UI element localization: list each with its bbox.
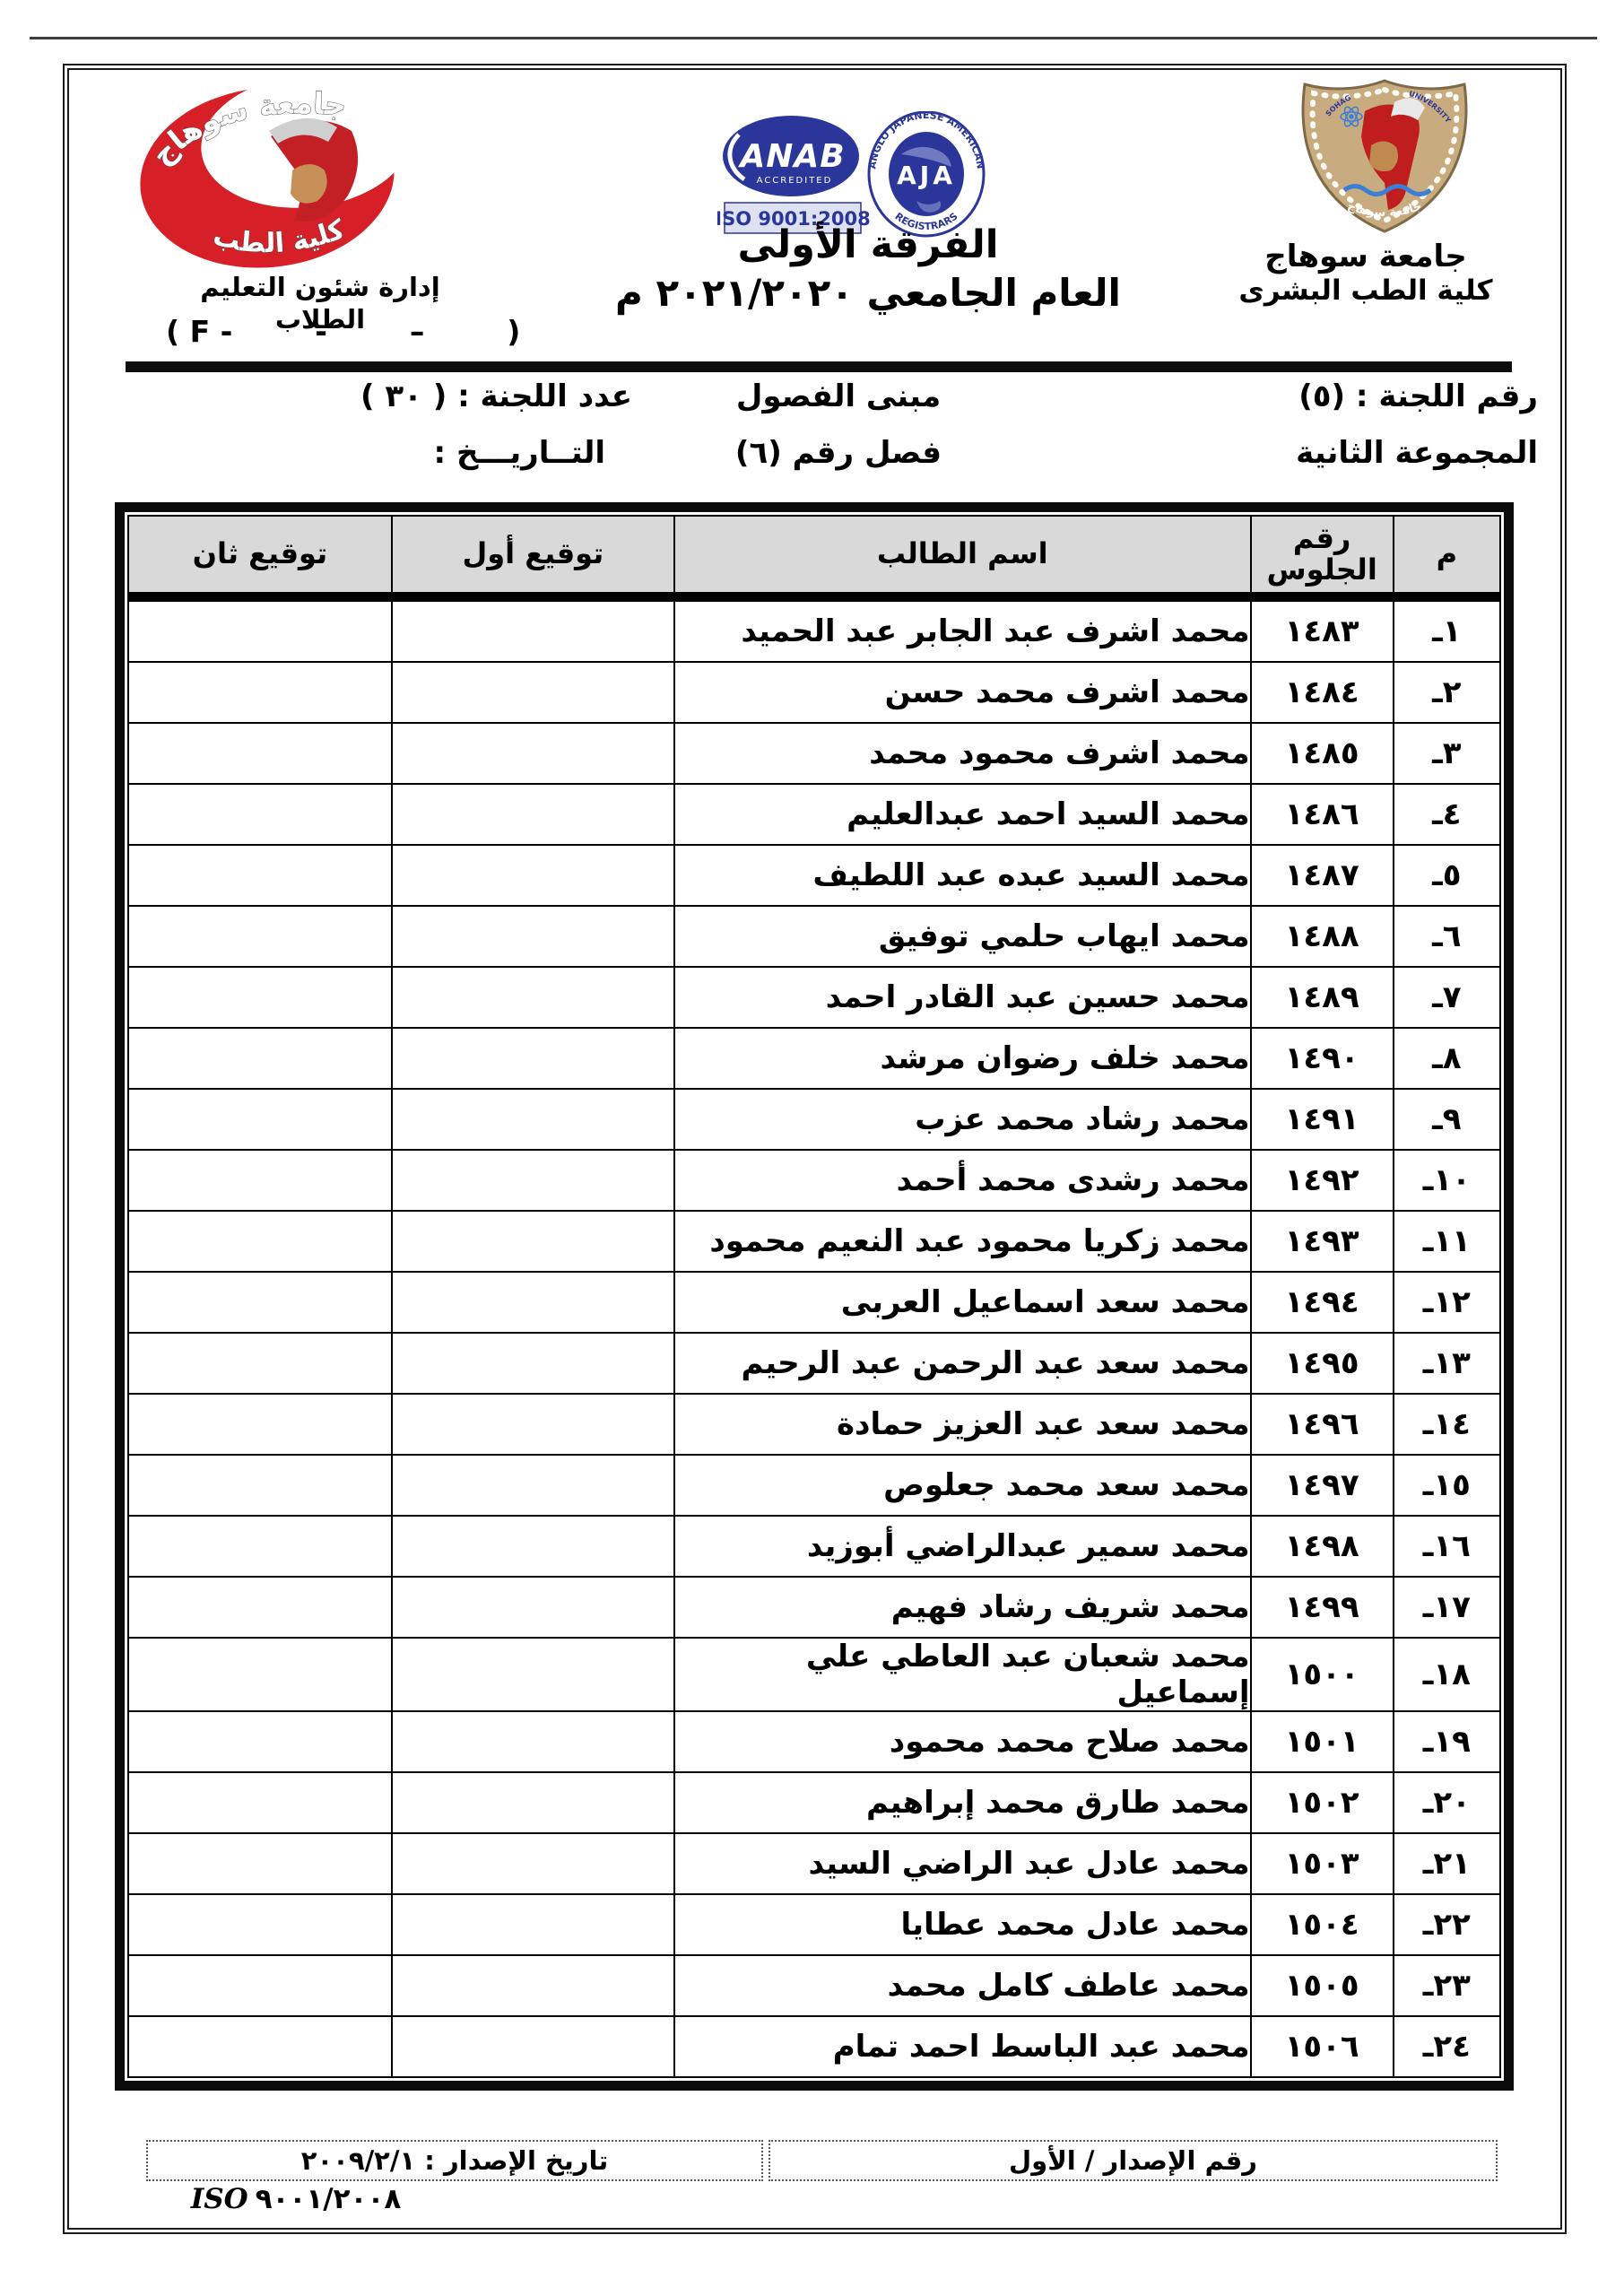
date-label: التــاريـــخ :	[309, 433, 605, 473]
table-row: ٨ـ ١٤٩٠ محمد خلف رضوان مرشد	[128, 1028, 1500, 1089]
second-signature-cell	[128, 1150, 392, 1211]
aja-wordmark: AJA	[897, 161, 956, 190]
second-signature-cell	[128, 662, 392, 723]
seat-number-cell: ١٥٠١	[1251, 1711, 1394, 1772]
student-name-cell: محمد رشاد محمد عزب	[674, 1089, 1251, 1150]
serial-cell: ٦ـ	[1394, 906, 1500, 967]
first-signature-cell	[392, 1516, 674, 1577]
student-name-cell: محمد عاطف كامل محمد	[674, 1955, 1251, 2016]
issue-number-box: رقم الإصدار / الأول	[769, 2140, 1498, 2181]
serial-cell: ١٢ـ	[1394, 1272, 1500, 1333]
serial-cell: ١٠ـ	[1394, 1150, 1500, 1211]
table-row: ١١ـ ١٤٩٣ محمد زكريا محمود عبد النعيم محم…	[128, 1211, 1500, 1272]
serial-cell: ٢٠ـ	[1394, 1772, 1500, 1833]
serial-cell: ١٨ـ	[1394, 1638, 1500, 1711]
seat-number-cell: ١٤٩٧	[1251, 1455, 1394, 1516]
serial-cell: ١٩ـ	[1394, 1711, 1500, 1772]
first-signature-cell	[392, 1272, 674, 1333]
table-row: ١٤ـ ١٤٩٦ محمد سعد عبد العزيز حمادة	[128, 1394, 1500, 1455]
seat-number-cell: ١٤٩٣	[1251, 1211, 1394, 1272]
student-name-cell: محمد السيد عبده عبد اللطيف	[674, 845, 1251, 906]
serial-cell: ٢٣ـ	[1394, 1955, 1500, 2016]
serial-cell: ١٧ـ	[1394, 1577, 1500, 1638]
shield-pharaoh-face	[1369, 141, 1398, 171]
university-name: جامعة سوهاج	[1231, 239, 1500, 274]
serial-cell: ١١ـ	[1394, 1211, 1500, 1272]
table-row: ١٨ـ ١٥٠٠ محمد شعبان عبد العاطي علي إسماع…	[128, 1638, 1500, 1711]
table-row: ١٧ـ ١٤٩٩ محمد شريف رشاد فهيم	[128, 1577, 1500, 1638]
second-signature-cell	[128, 1955, 392, 2016]
second-signature-cell	[128, 1516, 392, 1577]
student-name-cell: محمد طارق محمد إبراهيم	[674, 1772, 1251, 1833]
first-signature-cell	[392, 1638, 674, 1711]
grade-title: الفرقة الأولى	[626, 222, 1110, 267]
table-row: ١ـ ١٤٨٣ محمد اشرف عبد الجابر عبد الحميد	[128, 597, 1500, 663]
serial-cell: ٣ـ	[1394, 723, 1500, 784]
first-signature-cell	[392, 1028, 674, 1089]
issue-number-text: رقم الإصدار / الأول	[1009, 2145, 1257, 2176]
first-signature-cell	[392, 1333, 674, 1394]
anab-accredited-text: ACCREDITED	[757, 176, 833, 186]
serial-cell: ١ـ	[1394, 597, 1500, 663]
student-name-cell: محمد عادل محمد عطايا	[674, 1894, 1251, 1955]
second-signature-cell	[128, 1028, 392, 1089]
table-row: ٢٣ـ ١٥٠٥ محمد عاطف كامل محمد	[128, 1955, 1500, 2016]
table-row: ٢٢ـ ١٥٠٤ محمد عادل محمد عطايا	[128, 1894, 1500, 1955]
student-name-cell: محمد صلاح محمد محمود	[674, 1711, 1251, 1772]
student-name-cell: محمد سعد محمد جعلوص	[674, 1455, 1251, 1516]
student-name-cell: محمد خلف رضوان مرشد	[674, 1028, 1251, 1089]
serial-cell: ١٦ـ	[1394, 1516, 1500, 1577]
first-signature-cell	[392, 1955, 674, 2016]
table-row: ٥ـ ١٤٨٧ محمد السيد عبده عبد اللطيف	[128, 845, 1500, 906]
seat-number-cell: ١٥٠٤	[1251, 1894, 1394, 1955]
seat-number-cell: ١٤٩١	[1251, 1089, 1394, 1150]
seat-number-cell: ١٥٠٣	[1251, 1833, 1394, 1894]
seat-number-cell: ١٤٨٣	[1251, 597, 1394, 663]
second-signature-cell	[128, 1833, 392, 1894]
university-shield-logo: SOHAG UNIVERSITY جامعة سوهاج	[1289, 75, 1481, 239]
student-name-cell: محمد حسين عبد القادر احمد	[674, 967, 1251, 1028]
student-name-cell: محمد سعد اسماعيل العربى	[674, 1272, 1251, 1333]
second-signature-cell	[128, 1638, 392, 1711]
table-row: ٦ـ ١٤٨٨ محمد ايهاب حلمي توفيق	[128, 906, 1500, 967]
student-name-cell: محمد اشرف محمود محمد	[674, 723, 1251, 784]
second-signature-cell	[128, 597, 392, 663]
aja-logo: ANGLO JAPANESE AMERICAN REGISTRARS AJA	[866, 111, 986, 236]
table-row: ١٣ـ ١٤٩٥ محمد سعد عبد الرحمن عبد الرحيم	[128, 1333, 1500, 1394]
second-signature-cell	[128, 1772, 392, 1833]
table-row: ١٠ـ ١٤٩٢ محمد رشدى محمد أحمد	[128, 1150, 1500, 1211]
iso-reference-line: ISO٩٠٠١/٢٠٠٨	[148, 2183, 444, 2215]
seat-number-cell: ١٤٩٨	[1251, 1516, 1394, 1577]
first-signature-cell	[392, 845, 674, 906]
group-label: المجموعة الثانية	[1246, 433, 1538, 473]
room-number: فصل رقم (٦)	[690, 433, 986, 473]
serial-cell: ١٥ـ	[1394, 1455, 1500, 1516]
student-name-cell: محمد رشدى محمد أحمد	[674, 1150, 1251, 1211]
table-row: ١٩ـ ١٥٠١ محمد صلاح محمد محمود	[128, 1711, 1500, 1772]
serial-cell: ٧ـ	[1394, 967, 1500, 1028]
seat-number-cell: ١٤٩٥	[1251, 1333, 1394, 1394]
student-name-cell: محمد سعد عبد الرحمن عبد الرحيم	[674, 1333, 1251, 1394]
second-signature-cell	[128, 723, 392, 784]
table-row: ٢ـ ١٤٨٤ محمد اشرف محمد حسن	[128, 662, 1500, 723]
serial-cell: ٥ـ	[1394, 845, 1500, 906]
seat-number-cell: ١٥٠٦	[1251, 2016, 1394, 2077]
second-signature-cell	[128, 1272, 392, 1333]
anab-logo: ANAB ACCREDITED ISO 9001:2008	[717, 116, 871, 233]
col-header-student-name: اسم الطالب	[674, 516, 1251, 597]
issue-date-text: تاريخ الإصدار : ٢٠٠٩/٢/١	[301, 2145, 608, 2176]
student-name-cell: محمد اشرف محمد حسن	[674, 662, 1251, 723]
seat-number-cell: ١٤٩٩	[1251, 1577, 1394, 1638]
faculty-name: كلية الطب البشرى	[1231, 274, 1500, 307]
second-signature-cell	[128, 1333, 392, 1394]
first-signature-cell	[392, 2016, 674, 2077]
faculty-crescent-logo: جامعة سوهاج كلية الطب	[135, 84, 408, 273]
attendance-table: م رقم الجلوس اسم الطالب توقيع أول توقيع …	[127, 515, 1501, 2078]
form-code: ( F - - – )	[166, 314, 462, 349]
second-signature-cell	[128, 967, 392, 1028]
first-signature-cell	[392, 597, 674, 663]
second-signature-cell	[128, 1894, 392, 1955]
first-signature-cell	[392, 1711, 674, 1772]
student-name-cell: محمد شعبان عبد العاطي علي إسماعيل	[674, 1638, 1251, 1711]
first-signature-cell	[392, 1577, 674, 1638]
student-name-cell: محمد عادل عبد الراضي السيد	[674, 1833, 1251, 1894]
iso-number: ٩٠٠١/٢٠٠٨	[256, 2183, 402, 2215]
second-signature-cell	[128, 784, 392, 845]
table-row: ٤ـ ١٤٨٦ محمد السيد احمد عبدالعليم	[128, 784, 1500, 845]
col-header-seat-number: رقم الجلوس	[1251, 516, 1394, 597]
student-name-cell: محمد السيد احمد عبدالعليم	[674, 784, 1251, 845]
student-name-cell: محمد زكريا محمود عبد النعيم محمود	[674, 1211, 1251, 1272]
serial-cell: ١٣ـ	[1394, 1333, 1500, 1394]
second-signature-cell	[128, 1455, 392, 1516]
seat-number-cell: ١٤٩٠	[1251, 1028, 1394, 1089]
table-row: ٢١ـ ١٥٠٣ محمد عادل عبد الراضي السيد	[128, 1833, 1500, 1894]
serial-cell: ٨ـ	[1394, 1028, 1500, 1089]
table-header-row: م رقم الجلوس اسم الطالب توقيع أول توقيع …	[128, 516, 1500, 597]
student-name-cell: محمد سمير عبدالراضي أبوزيد	[674, 1516, 1251, 1577]
table-row: ٩ـ ١٤٩١ محمد رشاد محمد عزب	[128, 1089, 1500, 1150]
attendance-table-wrapper: م رقم الجلوس اسم الطالب توقيع أول توقيع …	[115, 502, 1514, 2091]
seat-number-cell: ١٤٩٢	[1251, 1150, 1394, 1211]
student-name-cell: محمد عبد الباسط احمد تمام	[674, 2016, 1251, 2077]
seat-number-cell: ١٤٨٤	[1251, 662, 1394, 723]
table-row: ١٥ـ ١٤٩٧ محمد سعد محمد جعلوص	[128, 1455, 1500, 1516]
first-signature-cell	[392, 1455, 674, 1516]
student-name-cell: محمد اشرف عبد الجابر عبد الحميد	[674, 597, 1251, 663]
table-row: ٢٠ـ ١٥٠٢ محمد طارق محمد إبراهيم	[128, 1772, 1500, 1833]
second-signature-cell	[128, 2016, 392, 2077]
seat-number-cell: ١٤٨٦	[1251, 784, 1394, 845]
seat-number-cell: ١٥٠٠	[1251, 1638, 1394, 1711]
seat-number-cell: ١٤٩٦	[1251, 1394, 1394, 1455]
iso-prefix: ISO	[191, 2183, 248, 2215]
first-signature-cell	[392, 1894, 674, 1955]
first-signature-cell	[392, 906, 674, 967]
second-signature-cell	[128, 1089, 392, 1150]
serial-cell: ٢١ـ	[1394, 1833, 1500, 1894]
table-row: ٣ـ ١٤٨٥ محمد اشرف محمود محمد	[128, 723, 1500, 784]
page-top-rule	[30, 37, 1597, 39]
first-signature-cell	[392, 1089, 674, 1150]
col-header-first-signature: توقيع أول	[392, 516, 674, 597]
serial-cell: ٢٢ـ	[1394, 1894, 1500, 1955]
student-name-cell: محمد سعد عبد العزيز حمادة	[674, 1394, 1251, 1455]
academic-year-title: العام الجامعي ٢٠٢١/٢٠٢٠ م	[554, 271, 1182, 315]
committee-count: عدد اللجنة : ( ٣٠ )	[309, 377, 632, 416]
anab-wordmark: ANAB	[737, 138, 845, 175]
seat-number-cell: ١٥٠٥	[1251, 1955, 1394, 2016]
first-signature-cell	[392, 1211, 674, 1272]
second-signature-cell	[128, 1211, 392, 1272]
serial-cell: ٢٤ـ	[1394, 2016, 1500, 2077]
first-signature-cell	[392, 662, 674, 723]
table-row: ١٢ـ ١٤٩٤ محمد سعد اسماعيل العربى	[128, 1272, 1500, 1333]
table-row: ٢٤ـ ١٥٠٦ محمد عبد الباسط احمد تمام	[128, 2016, 1500, 2077]
first-signature-cell	[392, 723, 674, 784]
building-label: مبنى الفصول	[690, 377, 986, 416]
second-signature-cell	[128, 906, 392, 967]
seat-number-cell: ١٤٨٩	[1251, 967, 1394, 1028]
second-signature-cell	[128, 1577, 392, 1638]
student-name-cell: محمد ايهاب حلمي توفيق	[674, 906, 1251, 967]
first-signature-cell	[392, 784, 674, 845]
first-signature-cell	[392, 967, 674, 1028]
serial-cell: ٩ـ	[1394, 1089, 1500, 1150]
seat-number-cell: ١٤٨٨	[1251, 906, 1394, 967]
first-signature-cell	[392, 1772, 674, 1833]
first-signature-cell	[392, 1833, 674, 1894]
second-signature-cell	[128, 1711, 392, 1772]
serial-cell: ٢ـ	[1394, 662, 1500, 723]
seat-number-cell: ١٥٠٢	[1251, 1772, 1394, 1833]
second-signature-cell	[128, 1394, 392, 1455]
student-name-cell: محمد شريف رشاد فهيم	[674, 1577, 1251, 1638]
seat-number-cell: ١٤٨٥	[1251, 723, 1394, 784]
col-header-second-signature: توقيع ثان	[128, 516, 392, 597]
table-row: ١٦ـ ١٤٩٨ محمد سمير عبدالراضي أبوزيد	[128, 1516, 1500, 1577]
issue-date-box: تاريخ الإصدار : ٢٠٠٩/٢/١	[146, 2140, 763, 2181]
committee-number: رقم اللجنة : (٥)	[1246, 377, 1538, 416]
table-row: ٧ـ ١٤٨٩ محمد حسين عبد القادر احمد	[128, 967, 1500, 1028]
seat-number-cell: ١٤٩٤	[1251, 1272, 1394, 1333]
serial-cell: ٤ـ	[1394, 784, 1500, 845]
university-caption: جامعة سوهاج كلية الطب البشرى	[1231, 239, 1500, 307]
document-page: جامعة سوهاج كلية الطب ANAB ACCREDITED IS…	[0, 0, 1624, 2296]
col-header-serial: م	[1394, 516, 1500, 597]
second-signature-cell	[128, 845, 392, 906]
serial-cell: ١٤ـ	[1394, 1394, 1500, 1455]
header-divider-rule	[126, 361, 1512, 372]
first-signature-cell	[392, 1150, 674, 1211]
seat-number-cell: ١٤٨٧	[1251, 845, 1394, 906]
first-signature-cell	[392, 1394, 674, 1455]
